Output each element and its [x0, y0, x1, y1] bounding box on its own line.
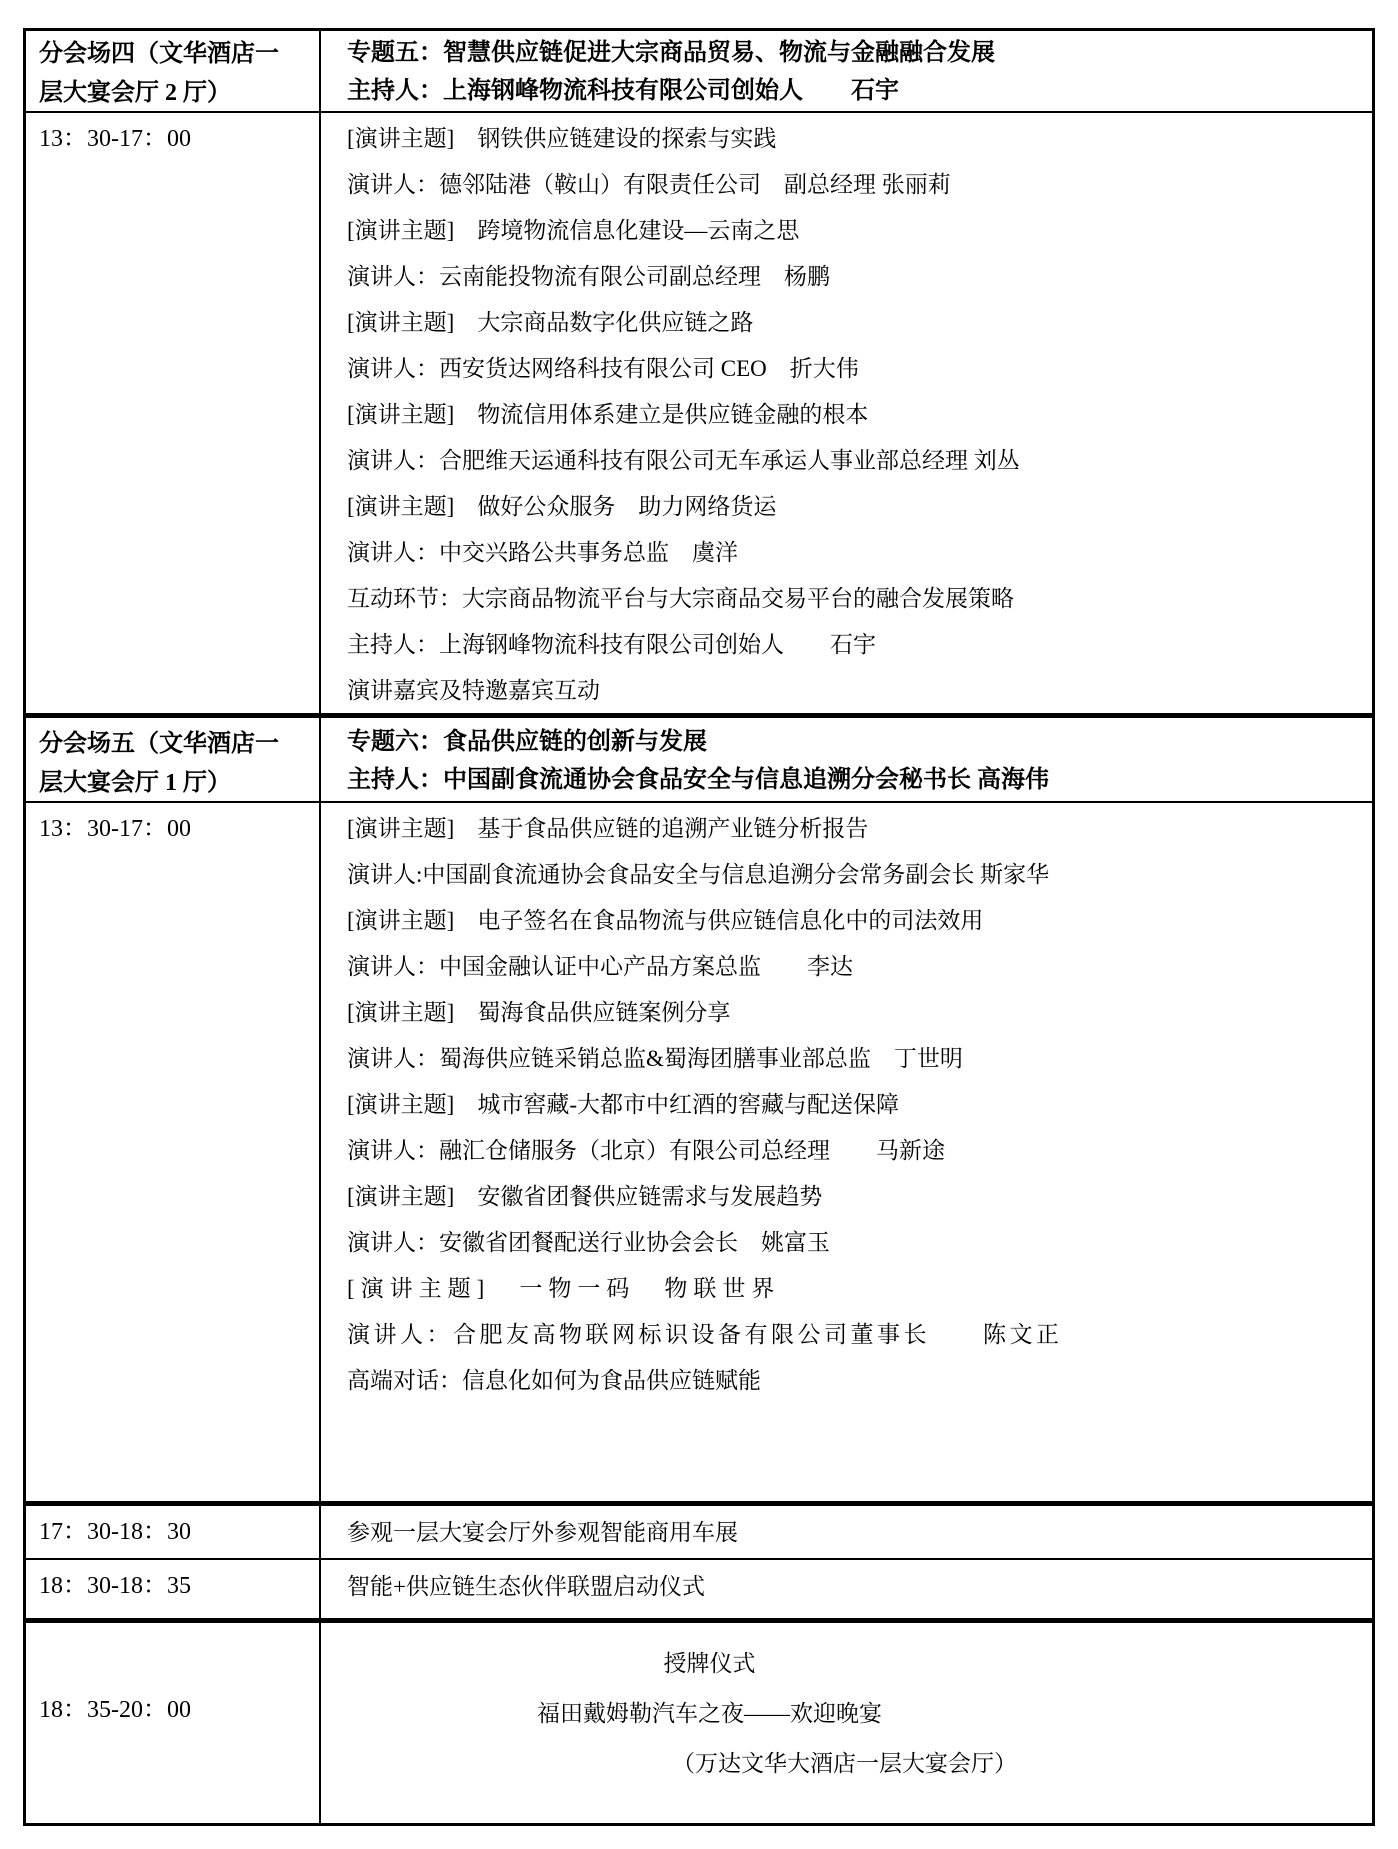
- launch-time-cell: 18：30-18：35: [26, 1560, 321, 1618]
- session4-agenda: [演讲主题] 钢铁供应链建设的探索与实践 演讲人：德邻陆港（鞍山）有限责任公司 …: [321, 113, 1372, 713]
- welcome-dinner-line: 福田戴姆勒汽车之夜——欢迎晚宴: [347, 1689, 1072, 1739]
- session5-time-cell: 13：30-17：00: [26, 803, 321, 1501]
- session5-agenda: [演讲主题] 基于食品供应链的追溯产业链分析报告 演讲人:中国副食流通协会食品安…: [321, 803, 1372, 1501]
- agenda-line: [演讲主题] 安徽省团餐供应链需求与发展趋势: [347, 1174, 1362, 1220]
- session4-venue-cell: 分会场四（文华酒店一层大宴会厅 2 厅）: [26, 31, 321, 111]
- agenda-line: [演讲主题] 钢铁供应链建设的探索与实践: [347, 116, 1362, 162]
- session4-time-cell: 13：30-17：00: [26, 113, 321, 713]
- tour-row: 17：30-18：30 参观一层大宴会厅外参观智能商用车展: [26, 1501, 1372, 1558]
- session4-header-row: 分会场四（文华酒店一层大宴会厅 2 厅） 专题五：智慧供应链促进大宗商品贸易、物…: [26, 31, 1372, 111]
- session4-topic-cell: 专题五：智慧供应链促进大宗商品贸易、物流与金融融合发展 主持人：上海钢峰物流科技…: [321, 31, 1372, 111]
- tour-text: 参观一层大宴会厅外参观智能商用车展: [347, 1506, 1362, 1548]
- agenda-line: [演讲主题] 基于食品供应链的追溯产业链分析报告: [347, 806, 1362, 852]
- agenda-line: 演讲人：德邻陆港（鞍山）有限责任公司 副总经理 张丽莉: [347, 162, 1362, 208]
- session5-topic: 专题六：食品供应链的创新与发展: [347, 723, 1362, 761]
- session5-host: 主持人：中国副食流通协会食品安全与信息追溯分会秘书长 高海伟: [347, 761, 1362, 799]
- agenda-line: 演讲嘉宾及特邀嘉宾互动: [347, 668, 1362, 713]
- agenda-line: 演讲人：融汇仓储服务（北京）有限公司总经理 马新途: [347, 1128, 1362, 1174]
- tour-time: 17：30-18：30: [39, 1506, 295, 1547]
- dinner-content-cell: 授牌仪式 福田戴姆勒汽车之夜——欢迎晚宴 （万达文华大酒店一层大宴会厅）: [321, 1623, 1372, 1823]
- agenda-line: 演讲人：合肥维天运通科技有限公司无车承运人事业部总经理 刘丛: [347, 438, 1362, 484]
- session5-header-row: 分会场五（文华酒店一层大宴会厅 1 厅） 专题六：食品供应链的创新与发展 主持人…: [26, 713, 1372, 801]
- agenda-line: 演讲人：蜀海供应链采销总监&蜀海团膳事业部总监 丁世明: [347, 1036, 1362, 1082]
- dinner-row: 18：35-20：00 授牌仪式 福田戴姆勒汽车之夜——欢迎晚宴 （万达文华大酒…: [26, 1618, 1372, 1823]
- dinner-time-cell: 18：35-20：00: [26, 1623, 321, 1823]
- agenda-page: 分会场四（文华酒店一层大宴会厅 2 厅） 专题五：智慧供应链促进大宗商品贸易、物…: [0, 0, 1398, 1849]
- agenda-line: [演讲主题] 做好公众服务 助力网络货运: [347, 484, 1362, 530]
- agenda-line: 演讲人：中国金融认证中心产品方案总监 李达: [347, 944, 1362, 990]
- agenda-line: 演讲人：合肥友高物联网标识设备有限公司董事长 陈文正: [347, 1312, 1362, 1358]
- agenda-line: 主持人：上海钢峰物流科技有限公司创始人 石宇: [347, 622, 1362, 668]
- agenda-line: 高端对话：信息化如何为食品供应链赋能: [347, 1358, 1362, 1404]
- tour-time-cell: 17：30-18：30: [26, 1506, 321, 1558]
- session4-host: 主持人：上海钢峰物流科技有限公司创始人 石宇: [347, 72, 1362, 110]
- launch-row: 18：30-18：35 智能+供应链生态伙伴联盟启动仪式: [26, 1558, 1372, 1618]
- session5-venue-cell: 分会场五（文华酒店一层大宴会厅 1 厅）: [26, 718, 321, 801]
- agenda-line: [演讲主题] 电子签名在食品物流与供应链信息化中的司法效用: [347, 898, 1362, 944]
- dinner-location-line: （万达文华大酒店一层大宴会厅）: [482, 1739, 1207, 1789]
- dinner-time: 18：35-20：00: [39, 1623, 295, 1725]
- agenda-line: 互动环节：大宗商品物流平台与大宗商品交易平台的融合发展策略: [347, 576, 1362, 622]
- launch-text: 智能+供应链生态伙伴联盟启动仪式: [347, 1560, 1362, 1602]
- agenda-line: 演讲人：安徽省团餐配送行业协会会长 姚富玉: [347, 1220, 1362, 1266]
- agenda-line: [演讲主题] 一物一码 物联世界: [347, 1266, 1362, 1312]
- agenda-line: [演讲主题] 跨境物流信息化建设—云南之思: [347, 208, 1362, 254]
- agenda-line: [演讲主题] 蜀海食品供应链案例分享: [347, 990, 1362, 1036]
- launch-time: 18：30-18：35: [39, 1560, 295, 1601]
- session4-topic: 专题五：智慧供应链促进大宗商品贸易、物流与金融融合发展: [347, 34, 1362, 72]
- agenda-line: [演讲主题] 物流信用体系建立是供应链金融的根本: [347, 392, 1362, 438]
- agenda-line: 演讲人：云南能投物流有限公司副总经理 杨鹏: [347, 254, 1362, 300]
- conference-agenda-table: 分会场四（文华酒店一层大宴会厅 2 厅） 专题五：智慧供应链促进大宗商品贸易、物…: [23, 28, 1375, 1826]
- tour-content-cell: 参观一层大宴会厅外参观智能商用车展: [321, 1506, 1372, 1558]
- session5-time: 13：30-17：00: [39, 803, 295, 844]
- session4-venue: 分会场四（文华酒店一层大宴会厅 2 厅）: [39, 31, 295, 111]
- agenda-line: [演讲主题] 城市窖藏-大都市中红酒的窖藏与配送保障: [347, 1082, 1362, 1128]
- agenda-line: [演讲主题] 大宗商品数字化供应链之路: [347, 300, 1362, 346]
- agenda-line: 演讲人:中国副食流通协会食品安全与信息追溯分会常务副会长 斯家华: [347, 852, 1362, 898]
- launch-content-cell: 智能+供应链生态伙伴联盟启动仪式: [321, 1560, 1372, 1618]
- session4-time: 13：30-17：00: [39, 113, 295, 154]
- session4-body-row: 13：30-17：00 [演讲主题] 钢铁供应链建设的探索与实践 演讲人：德邻陆…: [26, 111, 1372, 713]
- agenda-line: 演讲人：中交兴路公共事务总监 虞洋: [347, 530, 1362, 576]
- session5-venue: 分会场五（文华酒店一层大宴会厅 1 厅）: [39, 718, 295, 801]
- award-ceremony-line: 授牌仪式: [347, 1639, 1072, 1689]
- session5-body-row: 13：30-17：00 [演讲主题] 基于食品供应链的追溯产业链分析报告 演讲人…: [26, 801, 1372, 1501]
- agenda-line: 演讲人：西安货达网络科技有限公司 CEO 折大伟: [347, 346, 1362, 392]
- session5-topic-cell: 专题六：食品供应链的创新与发展 主持人：中国副食流通协会食品安全与信息追溯分会秘…: [321, 718, 1372, 801]
